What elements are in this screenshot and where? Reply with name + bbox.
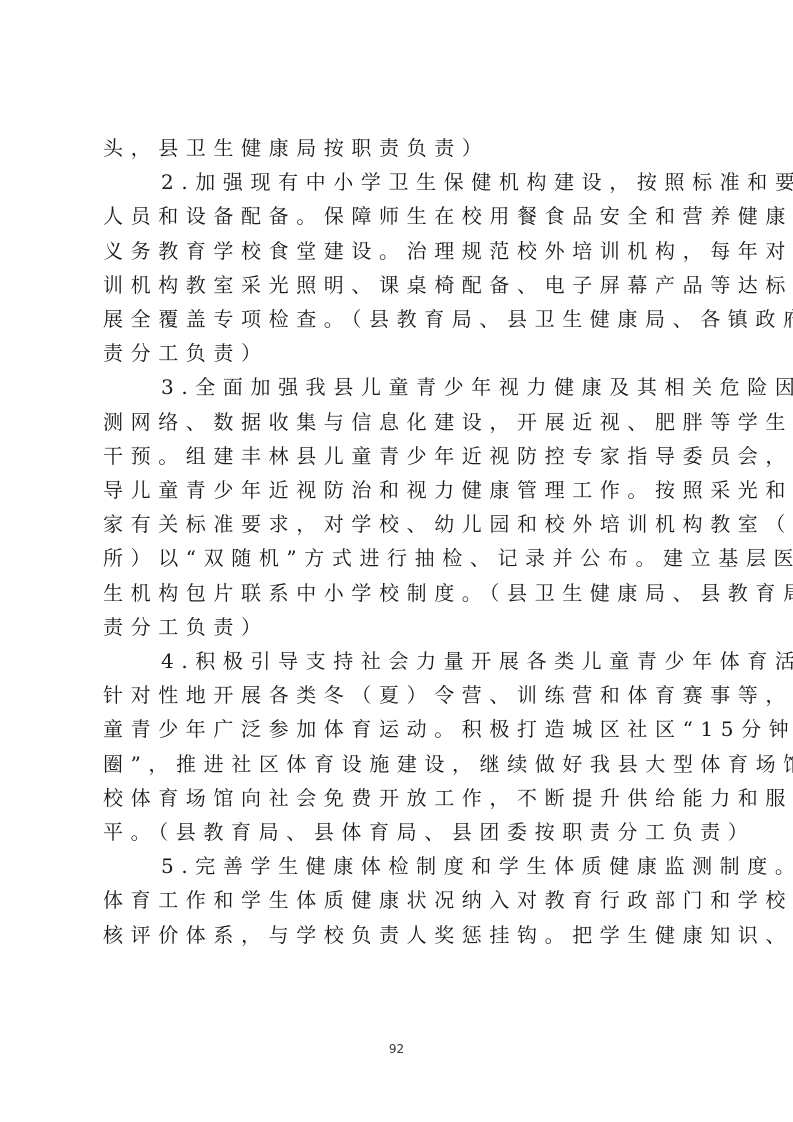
text-line: 核评价体系，与学校负责人奖惩挂钩。把学生健康知识、急救知 <box>103 918 691 952</box>
text-line: 针对性地开展各类冬（夏）令营、训练营和体育赛事等，吸引儿 <box>103 678 691 712</box>
text-line: 展全覆盖专项检查。（县教育局、县卫生健康局、各镇政府按职 <box>103 302 691 336</box>
text-line: 导儿童青少年近视防治和视力健康管理工作。按照采光和照明国 <box>103 473 691 507</box>
text-line: 义务教育学校食堂建设。治理规范校外培训机构，每年对校外培 <box>103 234 691 268</box>
page-number: 92 <box>0 1042 793 1056</box>
text-line: 测网络、数据收集与信息化建设，开展近视、肥胖等学生常见病 <box>103 405 691 439</box>
text-line: 3.全面加强我县儿童青少年视力健康及其相关危险因素监 <box>103 370 691 404</box>
paragraph-item-2: 2.加强现有中小学卫生保健机构建设，按照标准和要求强化 人员和设备配备。保障师生… <box>103 165 691 370</box>
text-line: 圈”，推进社区体育设施建设，继续做好我县大型体育场馆和学 <box>103 747 691 781</box>
text-line: 4.积极引导支持社会力量开展各类儿童青少年体育活动，有 <box>103 644 691 678</box>
text-line: 责分工负责） <box>103 610 691 644</box>
text-line: 头，县卫生健康局按职责负责） <box>103 131 691 165</box>
document-body: 头，县卫生健康局按职责负责） 2.加强现有中小学卫生保健机构建设，按照标准和要求… <box>103 131 691 952</box>
text-line: 训机构教室采光照明、课桌椅配备、电子屏幕产品等达标情况开 <box>103 268 691 302</box>
text-line: 校体育场馆向社会免费开放工作，不断提升供给能力和服务水 <box>103 781 691 815</box>
text-line: 体育工作和学生体质健康状况纳入对教育行政部门和学校的考 <box>103 883 691 917</box>
text-line: 责分工负责） <box>103 336 691 370</box>
text-line: 人员和设备配备。保障师生在校用餐食品安全和营养健康，加强 <box>103 199 691 233</box>
text-line: 平。（县教育局、县体育局、县团委按职责分工负责） <box>103 815 691 849</box>
text-line: 2.加强现有中小学卫生保健机构建设，按照标准和要求强化 <box>103 165 691 199</box>
text-line: 所）以“双随机”方式进行抽检、记录并公布。建立基层医疗卫 <box>103 541 691 575</box>
text-line: 家有关标准要求，对学校、幼儿园和校外培训机构教室（教学场 <box>103 507 691 541</box>
text-line: 童青少年广泛参加体育运动。积极打造城区社区“15分钟健身 <box>103 712 691 746</box>
paragraph-item-5: 5.完善学生健康体检制度和学生体质健康监测制度。把学校 体育工作和学生体质健康状… <box>103 849 691 952</box>
paragraph-item-4: 4.积极引导支持社会力量开展各类儿童青少年体育活动，有 针对性地开展各类冬（夏）… <box>103 644 691 849</box>
paragraph-item-3: 3.全面加强我县儿童青少年视力健康及其相关危险因素监 测网络、数据收集与信息化建… <box>103 370 691 644</box>
text-line: 生机构包片联系中小学校制度。（县卫生健康局、县教育局按职 <box>103 576 691 610</box>
text-line: 干预。组建丰林县儿童青少年近视防控专家指导委员会，科学指 <box>103 439 691 473</box>
document-page: 头，县卫生健康局按职责负责） 2.加强现有中小学卫生保健机构建设，按照标准和要求… <box>0 0 793 1122</box>
text-line: 5.完善学生健康体检制度和学生体质健康监测制度。把学校 <box>103 849 691 883</box>
paragraph-continuation: 头，县卫生健康局按职责负责） <box>103 131 691 165</box>
